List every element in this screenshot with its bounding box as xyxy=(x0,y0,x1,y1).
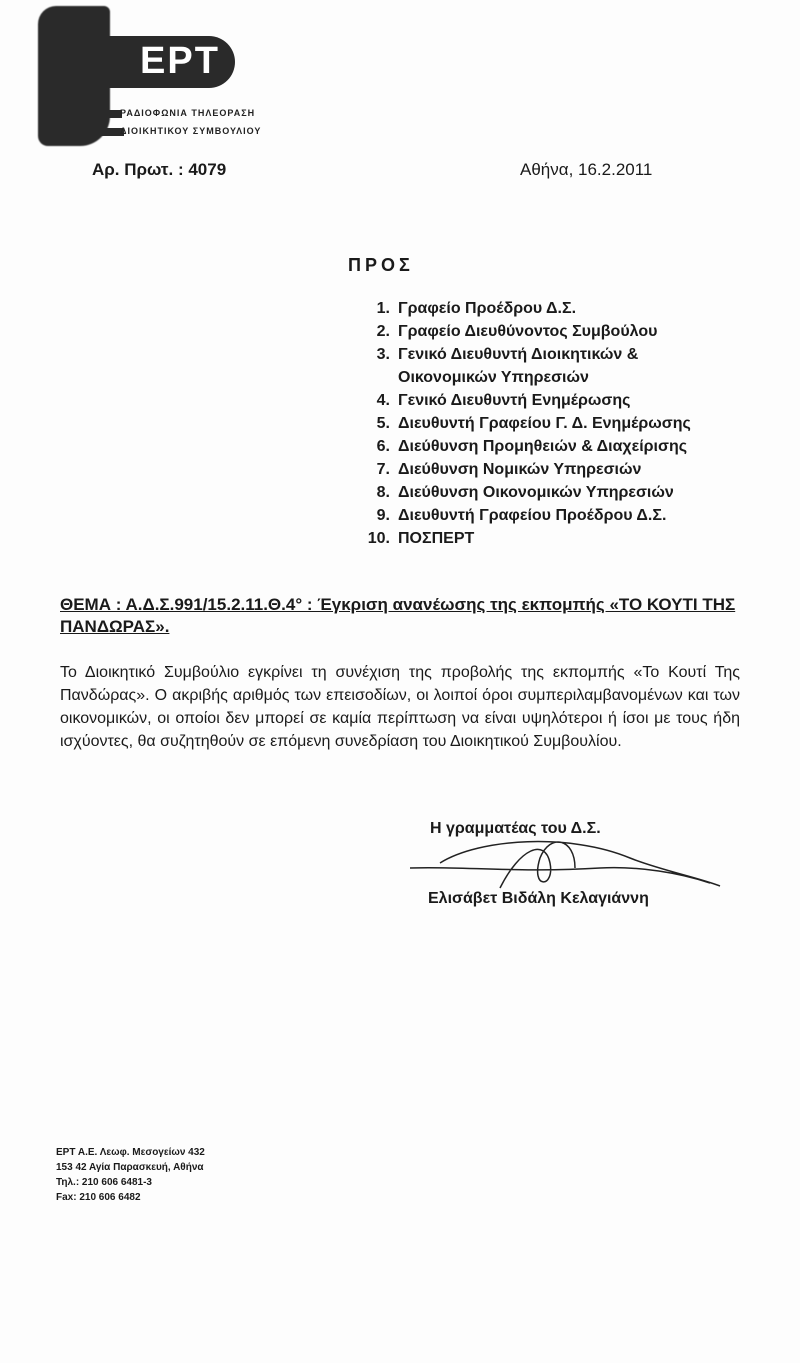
item-text: Γραφείο Διευθύνοντος Συμβούλου xyxy=(398,320,738,343)
list-item: 10.ΠΟΣΠΕΡΤ xyxy=(360,527,738,550)
item-number: 8. xyxy=(360,481,390,504)
item-text: Γενικό Διευθυντή Ενημέρωσης xyxy=(398,389,738,412)
recipients-heading: ΠΡΟΣ xyxy=(348,255,414,276)
item-number: 4. xyxy=(360,389,390,412)
footer-line: 153 42 Αγία Παρασκευή, Αθήνα xyxy=(56,1160,205,1175)
list-item: 1.Γραφείο Προέδρου Δ.Σ. xyxy=(360,297,738,320)
item-text: Διεύθυνση Οικονομικών Υπηρεσιών xyxy=(398,481,738,504)
list-item: 3.Γενικό Διευθυντή Διοικητικών & Οικονομ… xyxy=(360,343,738,389)
list-item: 5.Διευθυντή Γραφείου Γ. Δ. Ενημέρωσης xyxy=(360,412,738,435)
item-number: 2. xyxy=(360,320,390,343)
logo-text: ΕΡΤ xyxy=(140,40,220,83)
item-number: 3. xyxy=(360,343,390,389)
body-paragraph: Το Διοικητικό Συμβούλιο εγκρίνει τη συνέ… xyxy=(60,661,740,753)
letter-date: Αθήνα, 16.2.2011 xyxy=(520,160,652,180)
item-number: 5. xyxy=(360,412,390,435)
item-text: Διευθυντή Γραφείου Γ. Δ. Ενημέρωσης xyxy=(398,412,738,435)
list-item: 7.Διεύθυνση Νομικών Υπηρεσιών xyxy=(360,458,738,481)
footer-fax: Fax: 210 606 6482 xyxy=(56,1190,205,1205)
list-item: 2.Γραφείο Διευθύνοντος Συμβούλου xyxy=(360,320,738,343)
item-number: 10. xyxy=(360,527,390,550)
item-number: 1. xyxy=(360,297,390,320)
item-text: Διεύθυνση Νομικών Υπηρεσιών xyxy=(398,458,738,481)
footer-line: ΕΡΤ Α.Ε. Λεωφ. Μεσογείων 432 xyxy=(56,1145,205,1160)
handwritten-signature xyxy=(400,828,730,898)
letter-page: ΕΡΤ ΡΑΔΙΟΦΩΝΙΑ ΤΗΛΕΟΡΑΣΗ ΔΙΟΙΚΗΤΙΚΟΥ ΣΥΜ… xyxy=(0,0,800,1363)
item-text: Διευθυντή Γραφείου Προέδρου Δ.Σ. xyxy=(398,504,738,527)
signatory-name: Ελισάβετ Βιδάλη Κελαγιάννη xyxy=(428,890,649,908)
item-text: Γραφείο Προέδρου Δ.Σ. xyxy=(398,297,738,320)
logo-subtitle: ΡΑΔΙΟΦΩΝΙΑ ΤΗΛΕΟΡΑΣΗ xyxy=(120,108,255,118)
item-number: 6. xyxy=(360,435,390,458)
logo-redaction-bar xyxy=(62,128,124,136)
list-item: 8.Διεύθυνση Οικονομικών Υπηρεσιών xyxy=(360,481,738,504)
protocol-number: Αρ. Πρωτ. : 4079 xyxy=(92,160,226,180)
item-number: 9. xyxy=(360,504,390,527)
logo-subtitle: ΔΙΟΙΚΗΤΙΚΟΥ ΣΥΜΒΟΥΛΙΟΥ xyxy=(120,126,261,136)
recipients-list: 1.Γραφείο Προέδρου Δ.Σ. 2.Γραφείο Διευθύ… xyxy=(360,297,738,550)
footer-address: ΕΡΤ Α.Ε. Λεωφ. Μεσογείων 432 153 42 Αγία… xyxy=(56,1145,205,1205)
item-number: 7. xyxy=(360,458,390,481)
item-text: Διεύθυνση Προμηθειών & Διαχείρισης xyxy=(398,435,738,458)
list-item: 9.Διευθυντή Γραφείου Προέδρου Δ.Σ. xyxy=(360,504,738,527)
logo-redaction-bar xyxy=(62,110,122,118)
item-text: ΠΟΣΠΕΡΤ xyxy=(398,527,738,550)
list-item: 4.Γενικό Διευθυντή Ενημέρωσης xyxy=(360,389,738,412)
footer-phone: Τηλ.: 210 606 6481-3 xyxy=(56,1175,205,1190)
list-item: 6.Διεύθυνση Προμηθειών & Διαχείρισης xyxy=(360,435,738,458)
subject-line: ΘΕΜΑ : Α.Δ.Σ.991/15.2.11.Θ.4° : Έγκριση … xyxy=(60,594,740,638)
item-text: Γενικό Διευθυντή Διοικητικών & Οικονομικ… xyxy=(398,343,738,389)
